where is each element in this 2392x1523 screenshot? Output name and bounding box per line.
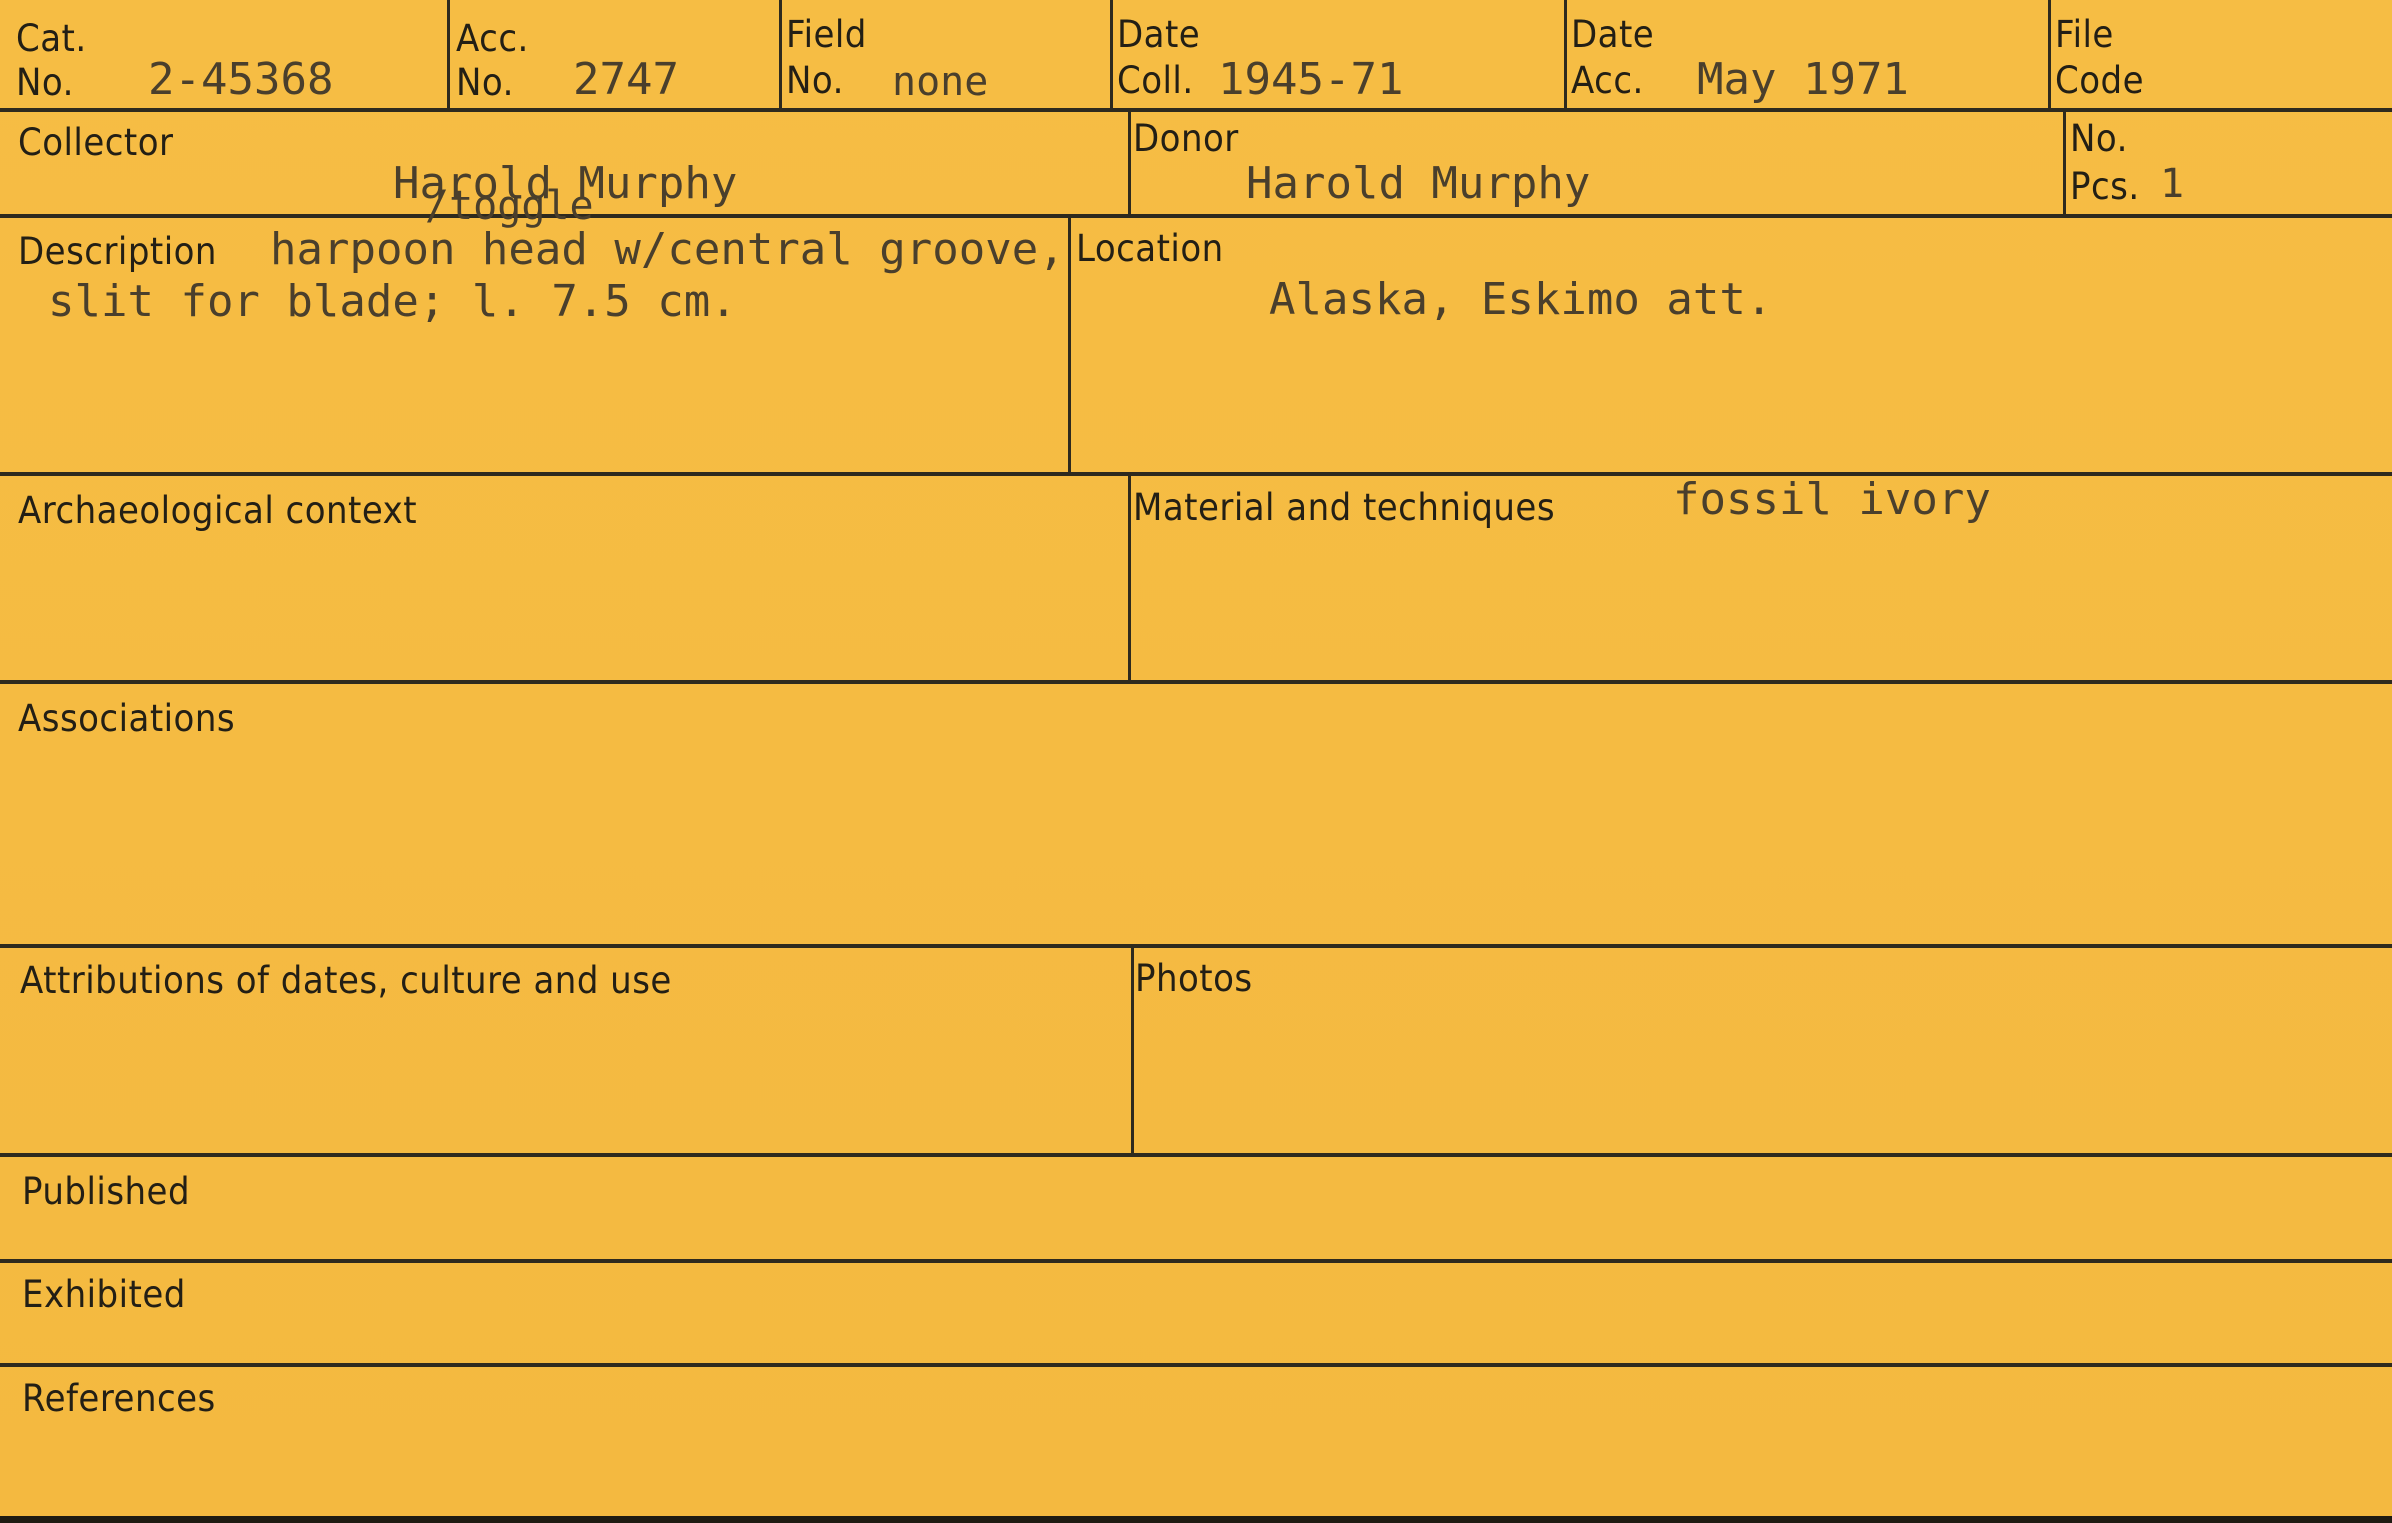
card-bottom-edge [0,1516,2392,1523]
divider-description-location [1068,216,1071,474]
donor-value: Harold Murphy [1246,162,1590,206]
divider-archaeological-material [1128,474,1131,682]
field-no-value: none [892,62,988,102]
divider-datecoll-dateacc [1564,0,1567,110]
acc-no-label-line2: No. [456,64,514,101]
attributions-label: Attributions of dates, culture and use [20,962,672,999]
description-line-2: slit for blade; l. 7.5 cm. [48,280,737,324]
material-value: fossil ivory [1673,478,1991,522]
associations-label: Associations [18,700,235,737]
file-code-label-line1: File [2055,16,2114,53]
donor-label: Donor [1133,120,1239,157]
divider-acc-field [779,0,782,110]
archaeological-context-label: Archaeological context [18,492,417,529]
divider-attributions-photos [1131,946,1134,1155]
description-line-1: harpoon head w/central groove, [270,228,1065,272]
photos-label: Photos [1135,960,1253,997]
divider-field-datecoll [1110,0,1113,110]
cat-no-value: 2-45368 [148,58,333,102]
catalog-card: Cat. No. 2-45368 Acc. No. 2747 Field No.… [0,0,2392,1523]
pieces-value: 1 [2160,164,2184,204]
date-acc-label-line1: Date [1571,16,1654,53]
collector-label: Collector [18,124,173,161]
rule-attributions-bottom [0,1153,2392,1157]
date-coll-value: 1945-71 [1218,58,1403,102]
location-label: Location [1076,230,1224,267]
field-no-label-line2: No. [786,62,844,99]
field-no-label-line1: Field [786,16,867,53]
acc-no-label-line1: Acc. [456,20,529,57]
location-value: Alaska, Eskimo att. [1269,278,1772,322]
date-acc-label-line2: Acc. [1571,62,1644,99]
acc-no-value: 2747 [573,58,679,102]
description-label: Description [18,233,217,270]
cat-no-label-line2: No. [16,64,74,101]
divider-donor-pieces [2063,110,2066,216]
divider-dateacc-filecode [2048,0,2051,110]
rule-description-bottom [0,472,2392,476]
pieces-label-line1: No. [2070,120,2128,157]
date-coll-label-line1: Date [1117,16,1200,53]
rule-header-bottom [0,108,2392,112]
rule-published-bottom [0,1259,2392,1263]
rule-collector-bottom [0,214,2392,218]
references-label: References [22,1380,216,1417]
divider-cat-acc [447,0,450,110]
date-acc-value: May 1971 [1697,58,1909,102]
rule-associations-bottom [0,944,2392,948]
date-coll-label-line2: Coll. [1117,62,1194,99]
divider-collector-donor [1128,110,1131,216]
cat-no-label-line1: Cat. [16,20,87,57]
rule-archaeological-bottom [0,680,2392,684]
exhibited-label: Exhibited [22,1276,186,1313]
pieces-label-line2: Pcs. [2070,168,2140,205]
file-code-label-line2: Code [2055,62,2144,99]
description-insertion: /toggle [425,186,594,226]
published-label: Published [22,1173,190,1210]
rule-exhibited-bottom [0,1363,2392,1367]
material-label: Material and techniques [1133,489,1555,526]
